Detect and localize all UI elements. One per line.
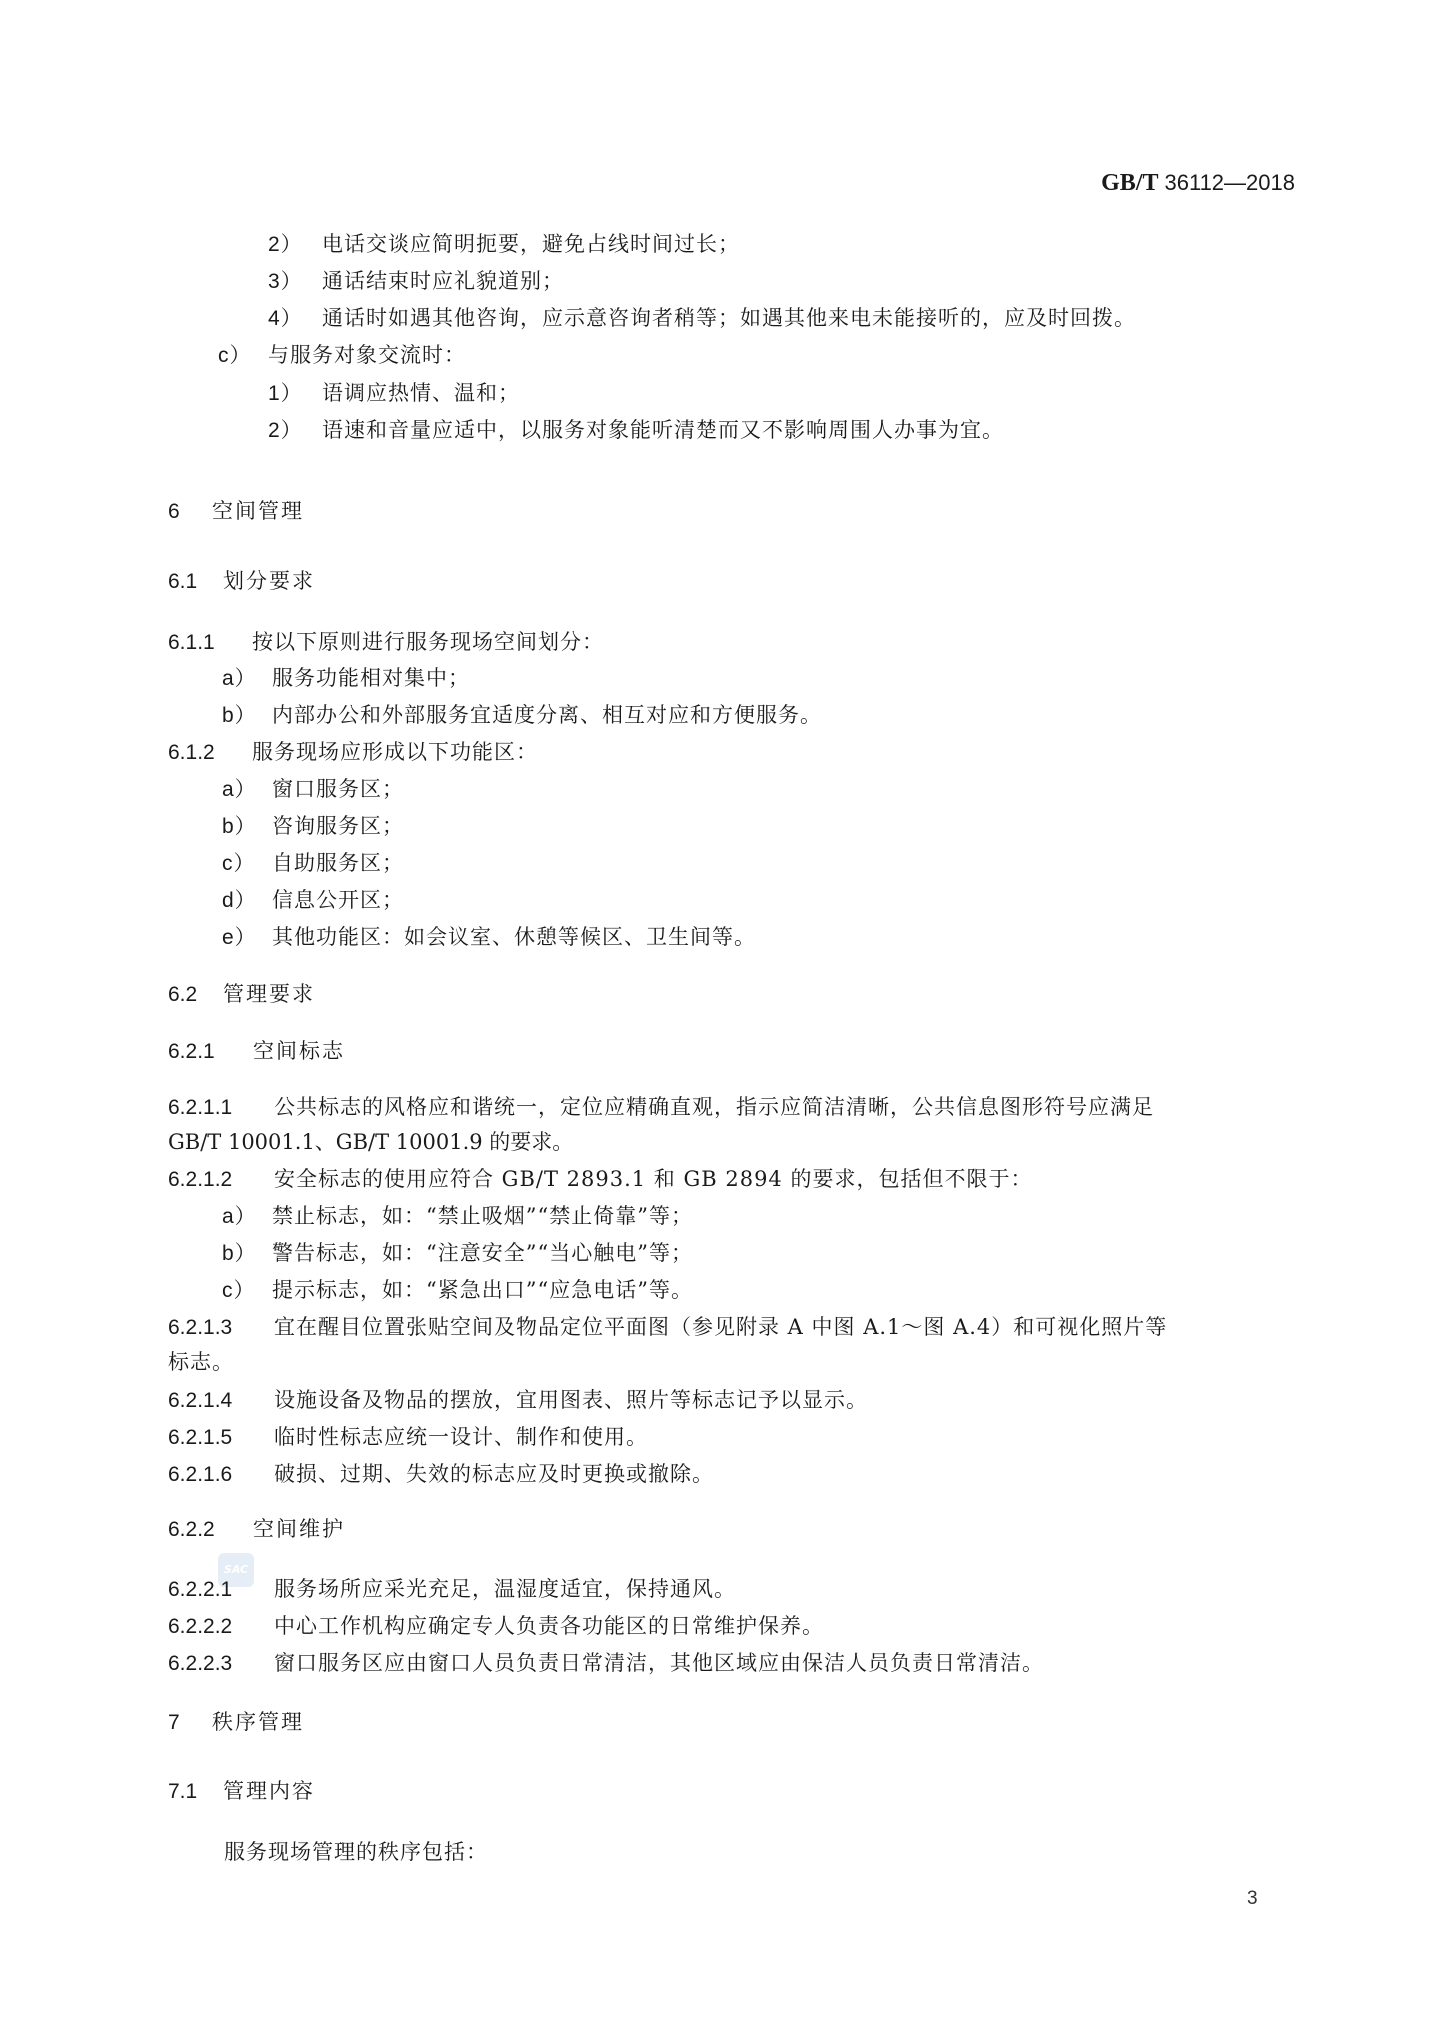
clause: 6.2.2.3窗口服务区应由窗口人员负责日常清洁，其他区域应由保洁人员负责日常清… [168,1649,1044,1678]
section-heading: 6空间管理 [168,497,304,526]
subsection-heading: 6.1划分要求 [168,567,315,596]
item-text: 信息公开区； [272,886,404,914]
subsubsection-number: 6.2.2 [168,1516,253,1544]
clause-number: 6.2.1.6 [168,1461,274,1489]
clause-text: 按以下原则进行服务现场空间划分： [252,628,604,656]
list-item: b）警告标志，如：“注意安全”“当心触电”等； [222,1239,693,1268]
item-text: 语速和音量应适中，以服务对象能听清楚而又不影响周围人办事为宜。 [322,416,1004,444]
subsubsection-heading: 6.2.2空间维护 [168,1515,345,1544]
subsubsection-title: 空间维护 [253,1517,345,1541]
item-text: 通话结束时应礼貌道别； [322,267,564,295]
clause-continuation: GB/T 10001.1、GB/T 10001.9 的要求。 [168,1128,573,1156]
standard-prefix: GB/T [1101,170,1158,196]
list-item: b）内部办公和外部服务宜适度分离、相互对应和方便服务。 [222,701,822,730]
clause: 6.2.1.3宜在醒目位置张贴空间及物品定位平面图（参见附录 A 中图 A.1～… [168,1313,1167,1342]
item-label: 2） [268,417,322,445]
item-label: 2） [268,231,322,259]
paragraph: 服务现场管理的秩序包括： [224,1838,488,1866]
list-item: c）提示标志，如：“紧急出口”“应急电话”等。 [222,1276,693,1305]
subsection-heading: 6.2管理要求 [168,980,315,1009]
item-label: b） [222,702,272,730]
item-label: c） [218,342,268,370]
subsection-number: 6.2 [168,981,223,1009]
clause: 6.2.1.5临时性标志应统一设计、制作和使用。 [168,1423,648,1452]
clause-text: 窗口服务区应由窗口人员负责日常清洁，其他区域应由保洁人员负责日常清洁。 [274,1649,1044,1677]
clause: 6.2.1.1公共标志的风格应和谐统一，定位应精确直观，指示应简洁清晰，公共信息… [168,1093,1154,1122]
clause-number: 6.2.2.2 [168,1613,274,1641]
item-text: 通话时如遇其他咨询，应示意咨询者稍等；如遇其他来电未能接听的，应及时回拨。 [322,304,1136,332]
clause-number: 6.2.1.2 [168,1166,274,1194]
item-text: 禁止标志，如：“禁止吸烟”“禁止倚靠”等； [272,1202,693,1230]
subsubsection-heading: 6.2.1空间标志 [168,1037,345,1066]
item-label: 1） [268,380,322,408]
clause-continuation: 标志。 [168,1348,234,1376]
list-item: c）与服务对象交流时： [218,341,466,370]
section-title: 空间管理 [212,499,304,523]
subsubsection-title: 空间标志 [253,1039,345,1063]
list-item: a）禁止标志，如：“禁止吸烟”“禁止倚靠”等； [222,1202,693,1231]
item-text: 自助服务区； [272,849,404,877]
section-title: 秩序管理 [212,1710,304,1734]
subsection-title: 管理要求 [223,982,315,1006]
item-label: b） [222,1240,272,1268]
clause-text: 公共标志的风格应和谐统一，定位应精确直观，指示应简洁清晰，公共信息图形符号应满足 [274,1093,1154,1121]
item-text: 咨询服务区； [272,812,404,840]
list-item: 4）通话时如遇其他咨询，应示意咨询者稍等；如遇其他来电未能接听的，应及时回拨。 [268,304,1136,333]
item-label: c） [222,1277,272,1305]
subsection-number: 6.1 [168,568,223,596]
document-page: GB/T36112—2018 2）电话交谈应简明扼要，避免占线时间过长； 3）通… [0,0,1440,2035]
clause-text: 服务现场应形成以下功能区： [252,738,538,766]
list-item: e）其他功能区：如会议室、休憩等候区、卫生间等。 [222,923,756,952]
item-label: e） [222,924,272,952]
clause-text: GB/T 10001.1、GB/T 10001.9 的要求。 [168,1128,573,1156]
clause: 6.2.1.2安全标志的使用应符合 GB/T 2893.1 和 GB 2894 … [168,1165,1032,1194]
item-text: 警告标志，如：“注意安全”“当心触电”等； [272,1239,693,1267]
item-label: a） [222,776,272,804]
clause-text: 破损、过期、失效的标志应及时更换或撤除。 [274,1460,714,1488]
list-item: d）信息公开区； [222,886,404,915]
subsection-heading: 7.1管理内容 [168,1777,315,1806]
item-text: 其他功能区：如会议室、休憩等候区、卫生间等。 [272,923,756,951]
clause-number: 6.2.2.3 [168,1650,274,1678]
subsection-title: 划分要求 [223,569,315,593]
clause-number: 6.2.1.1 [168,1094,274,1122]
clause-text: 设施设备及物品的摆放，宜用图表、照片等标志记予以显示。 [274,1386,868,1414]
clause: 6.2.1.6破损、过期、失效的标志应及时更换或撤除。 [168,1460,714,1489]
item-text: 与服务对象交流时： [268,341,466,369]
list-item: c）自助服务区； [222,849,404,878]
paragraph-text: 服务现场管理的秩序包括： [224,1838,488,1866]
item-label: 3） [268,268,322,296]
item-text: 内部办公和外部服务宜适度分离、相互对应和方便服务。 [272,701,822,729]
clause-number: 6.1.1 [168,629,252,657]
subsection-number: 7.1 [168,1778,223,1806]
item-label: a） [222,665,272,693]
item-text: 服务功能相对集中； [272,664,470,692]
clause-text: 安全标志的使用应符合 GB/T 2893.1 和 GB 2894 的要求，包括但… [274,1165,1032,1193]
item-label: a） [222,1203,272,1231]
list-item: 2）电话交谈应简明扼要，避免占线时间过长； [268,230,740,259]
item-label: b） [222,813,272,841]
section-number: 6 [168,498,212,526]
clause-number: 6.1.2 [168,739,252,767]
clause: 6.2.2.2中心工作机构应确定专人负责各功能区的日常维护保养。 [168,1612,824,1641]
clause: 6.1.1按以下原则进行服务现场空间划分： [168,628,604,657]
clause-number: 6.2.1.4 [168,1387,274,1415]
clause-text: 标志。 [168,1348,234,1376]
list-item: 2）语速和音量应适中，以服务对象能听清楚而又不影响周围人办事为宜。 [268,416,1004,445]
subsubsection-number: 6.2.1 [168,1038,253,1066]
item-text: 语调应热情、温和； [322,379,520,407]
clause: 6.2.1.4设施设备及物品的摆放，宜用图表、照片等标志记予以显示。 [168,1386,868,1415]
item-label: 4） [268,305,322,333]
clause: 6.2.2.1服务场所应采光充足，温湿度适宜，保持通风。 [168,1575,736,1604]
item-text: 提示标志，如：“紧急出口”“应急电话”等。 [272,1276,693,1304]
standard-number: GB/T36112—2018 [1101,170,1295,197]
clause-text: 中心工作机构应确定专人负责各功能区的日常维护保养。 [274,1612,824,1640]
list-item: a）服务功能相对集中； [222,664,470,693]
item-text: 电话交谈应简明扼要，避免占线时间过长； [322,230,740,258]
list-item: 3）通话结束时应礼貌道别； [268,267,564,296]
list-item: a）窗口服务区； [222,775,404,804]
item-text: 窗口服务区； [272,775,404,803]
section-heading: 7秩序管理 [168,1708,304,1737]
clause-number: 6.2.1.3 [168,1314,274,1342]
list-item: 1）语调应热情、温和； [268,379,520,408]
page-number: 3 [1247,1888,1258,1910]
list-item: b）咨询服务区； [222,812,404,841]
clause-text: 宜在醒目位置张贴空间及物品定位平面图（参见附录 A 中图 A.1～图 A.4）和… [274,1313,1167,1341]
item-label: c） [222,850,272,878]
clause-text: 服务场所应采光充足，温湿度适宜，保持通风。 [274,1575,736,1603]
section-number: 7 [168,1709,212,1737]
clause-number: 6.2.1.5 [168,1424,274,1452]
standard-code: 36112—2018 [1165,170,1296,195]
clause: 6.1.2服务现场应形成以下功能区： [168,738,538,767]
clause-number: 6.2.2.1 [168,1576,274,1604]
clause-text: 临时性标志应统一设计、制作和使用。 [274,1423,648,1451]
item-label: d） [222,887,272,915]
subsection-title: 管理内容 [223,1779,315,1803]
